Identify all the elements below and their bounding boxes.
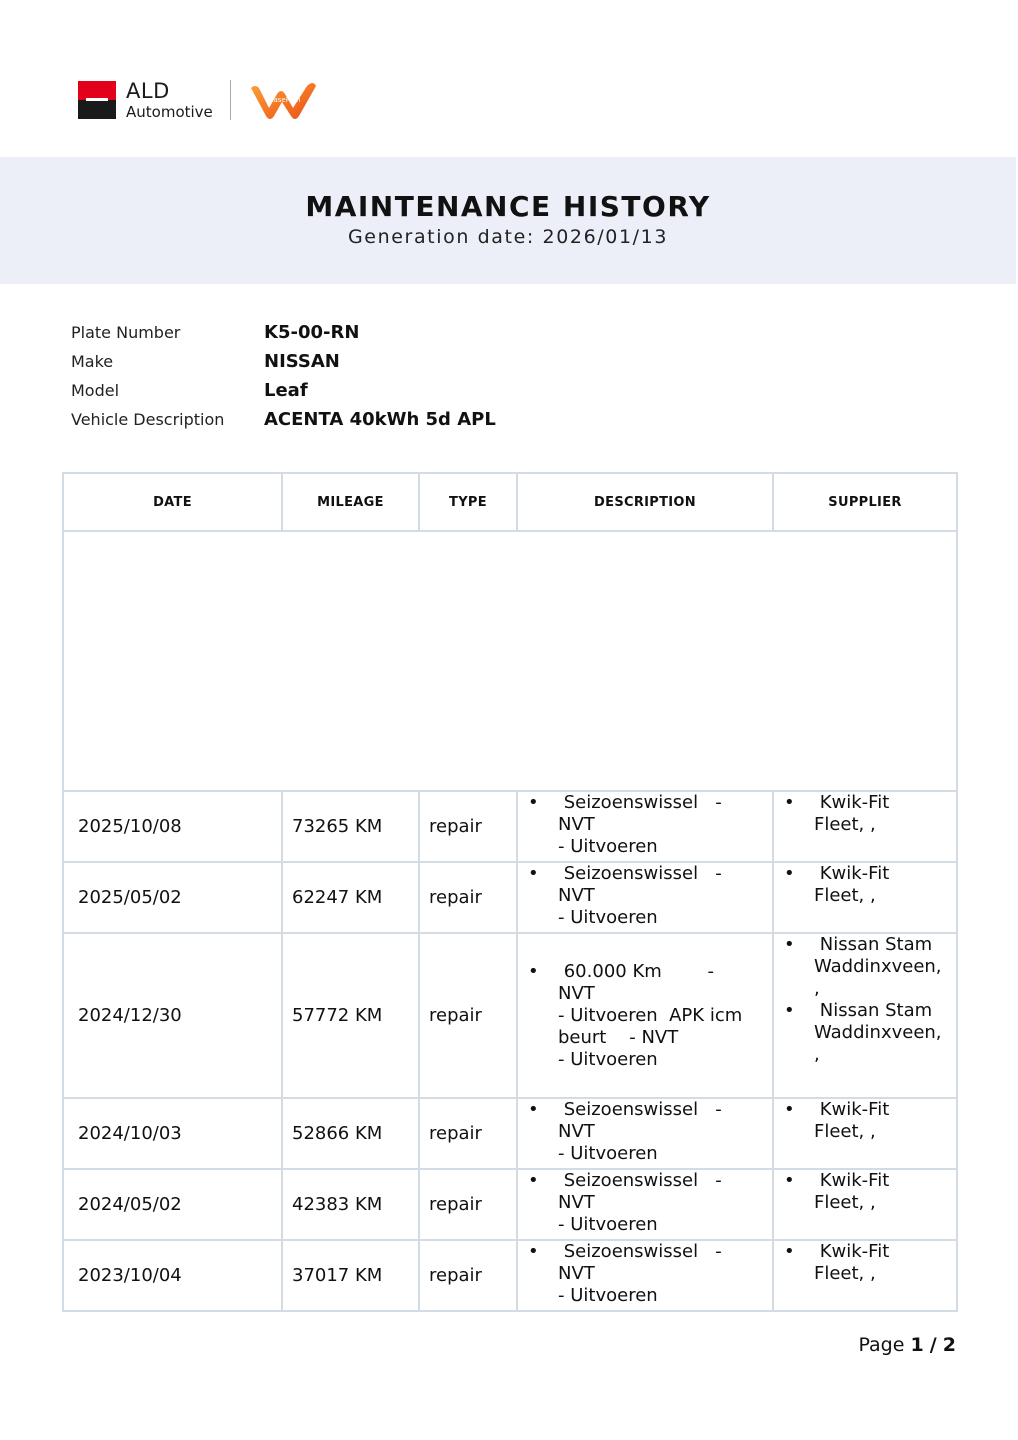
date-cell: 2023/10/04 <box>63 1240 282 1311</box>
table-row: 2024/12/3057772 KMrepair 60.000 Km -NVT-… <box>63 933 957 1098</box>
list-item: 60.000 Km -NVT- Uitvoeren APK icmbeurt -… <box>528 961 768 1071</box>
supplier-cell: Kwik-FitFleet, , <box>773 1098 957 1169</box>
type-cell: repair <box>419 1169 517 1240</box>
supplier-list: Kwik-FitFleet, , <box>784 1241 952 1285</box>
vehicle-description-value: ACENTA 40kWh 5d APL <box>264 409 496 430</box>
logo-divider <box>230 80 231 120</box>
vehicle-field-description: Vehicle Description ACENTA 40kWh 5d APL <box>71 405 496 434</box>
vehicle-field-make: Make NISSAN <box>71 347 496 376</box>
list-item: Kwik-FitFleet, , <box>784 1099 952 1143</box>
table-row: 2025/10/0873265 KMrepair Seizoenswissel … <box>63 791 957 862</box>
title-band: MAINTENANCE HISTORY Generation date: 202… <box>0 157 1016 284</box>
vehicle-field-model: Model Leaf <box>71 376 496 405</box>
supplier-cell: Kwik-FitFleet, , <box>773 1169 957 1240</box>
plate-number-value: K5-00-RN <box>264 322 359 343</box>
page-prefix: Page <box>858 1334 904 1356</box>
description-list: Seizoenswissel -NVT- Uitvoeren <box>528 863 768 929</box>
column-header-type: TYPE <box>419 473 517 531</box>
supplier-list: Kwik-FitFleet, , <box>784 1099 952 1143</box>
list-item: Kwik-FitFleet, , <box>784 1241 952 1285</box>
supplier-list: Nissan StamWaddinxveen,, Nissan StamWadd… <box>784 934 952 1066</box>
description-list: Seizoenswissel -NVT- Uitvoeren <box>528 792 768 858</box>
list-item: Kwik-FitFleet, , <box>784 863 952 907</box>
ald-logo-icon <box>78 81 116 119</box>
generation-date: Generation date: 2026/01/13 <box>0 226 1016 248</box>
type-cell: repair <box>419 791 517 862</box>
list-item: Nissan StamWaddinxveen,, <box>784 934 952 1000</box>
svg-text:LeasePlan: LeasePlan <box>265 96 300 104</box>
description-list: Seizoenswissel -NVT- Uitvoeren <box>528 1241 768 1307</box>
make-value: NISSAN <box>264 351 340 372</box>
list-item: Kwik-FitFleet, , <box>784 792 952 836</box>
supplier-list: Kwik-FitFleet, , <box>784 1170 952 1214</box>
supplier-list: Kwik-FitFleet, , <box>784 863 952 907</box>
supplier-cell: Nissan StamWaddinxveen,, Nissan StamWadd… <box>773 933 957 1098</box>
list-item: Seizoenswissel -NVT- Uitvoeren <box>528 1170 768 1236</box>
field-label: Vehicle Description <box>71 410 264 429</box>
supplier-cell: Kwik-FitFleet, , <box>773 1240 957 1311</box>
page-separator: / <box>930 1334 937 1356</box>
ald-logo-text: ALD Automotive <box>126 81 213 120</box>
table-empty-spacer-row <box>63 531 957 791</box>
mileage-cell: 42383 KM <box>282 1169 419 1240</box>
field-label: Plate Number <box>71 323 264 342</box>
list-item: Kwik-FitFleet, , <box>784 1170 952 1214</box>
current-page: 1 <box>910 1334 923 1356</box>
page-title: MAINTENANCE HISTORY <box>0 190 1016 223</box>
date-cell: 2024/10/03 <box>63 1098 282 1169</box>
mileage-cell: 37017 KM <box>282 1240 419 1311</box>
header-logos: ALD Automotive LeasePlan <box>78 78 319 122</box>
supplier-list: Kwik-FitFleet, , <box>784 792 952 836</box>
empty-cell <box>63 531 957 791</box>
table-row: 2025/05/0262247 KMrepair Seizoenswissel … <box>63 862 957 933</box>
field-label: Model <box>71 381 264 400</box>
ald-logo-line2: Automotive <box>126 105 213 120</box>
type-cell: repair <box>419 1098 517 1169</box>
mileage-cell: 73265 KM <box>282 791 419 862</box>
list-item: Seizoenswissel -NVT- Uitvoeren <box>528 792 768 858</box>
description-cell: Seizoenswissel -NVT- Uitvoeren <box>517 862 773 933</box>
total-pages: 2 <box>943 1334 956 1356</box>
description-list: Seizoenswissel -NVT- Uitvoeren <box>528 1170 768 1236</box>
supplier-cell: Kwik-FitFleet, , <box>773 791 957 862</box>
mileage-cell: 52866 KM <box>282 1098 419 1169</box>
type-cell: repair <box>419 862 517 933</box>
column-header-date: DATE <box>63 473 282 531</box>
description-cell: Seizoenswissel -NVT- Uitvoeren <box>517 1098 773 1169</box>
table-row: 2023/10/0437017 KMrepair Seizoenswissel … <box>63 1240 957 1311</box>
description-cell: 60.000 Km -NVT- Uitvoeren APK icmbeurt -… <box>517 933 773 1098</box>
list-item: Seizoenswissel -NVT- Uitvoeren <box>528 863 768 929</box>
vehicle-field-plate: Plate Number K5-00-RN <box>71 318 496 347</box>
description-cell: Seizoenswissel -NVT- Uitvoeren <box>517 1240 773 1311</box>
list-item: Nissan StamWaddinxveen,, <box>784 1000 952 1066</box>
vehicle-info: Plate Number K5-00-RN Make NISSAN Model … <box>71 318 496 434</box>
description-list: 60.000 Km -NVT- Uitvoeren APK icmbeurt -… <box>528 961 768 1071</box>
date-cell: 2025/05/02 <box>63 862 282 933</box>
table-row: 2024/10/0352866 KMrepair Seizoenswissel … <box>63 1098 957 1169</box>
mileage-cell: 57772 KM <box>282 933 419 1098</box>
description-cell: Seizoenswissel -NVT- Uitvoeren <box>517 791 773 862</box>
maintenance-table: DATE MILEAGE TYPE DESCRIPTION SUPPLIER 2… <box>62 472 958 1312</box>
list-item: Seizoenswissel -NVT- Uitvoeren <box>528 1099 768 1165</box>
ald-logo-line1: ALD <box>126 81 213 102</box>
page-indicator: Page 1 / 2 <box>858 1334 956 1356</box>
column-header-supplier: SUPPLIER <box>773 473 957 531</box>
type-cell: repair <box>419 933 517 1098</box>
type-cell: repair <box>419 1240 517 1311</box>
mileage-cell: 62247 KM <box>282 862 419 933</box>
model-value: Leaf <box>264 380 308 401</box>
description-list: Seizoenswissel -NVT- Uitvoeren <box>528 1099 768 1165</box>
list-item: Seizoenswissel -NVT- Uitvoeren <box>528 1241 768 1307</box>
column-header-description: DESCRIPTION <box>517 473 773 531</box>
date-cell: 2024/05/02 <box>63 1169 282 1240</box>
supplier-cell: Kwik-FitFleet, , <box>773 862 957 933</box>
date-cell: 2024/12/30 <box>63 933 282 1098</box>
leaseplan-logo-icon: LeasePlan <box>247 78 319 122</box>
date-cell: 2025/10/08 <box>63 791 282 862</box>
column-header-mileage: MILEAGE <box>282 473 419 531</box>
table-row: 2024/05/0242383 KMrepair Seizoenswissel … <box>63 1169 957 1240</box>
field-label: Make <box>71 352 264 371</box>
description-cell: Seizoenswissel -NVT- Uitvoeren <box>517 1169 773 1240</box>
table-header-row: DATE MILEAGE TYPE DESCRIPTION SUPPLIER <box>63 473 957 531</box>
